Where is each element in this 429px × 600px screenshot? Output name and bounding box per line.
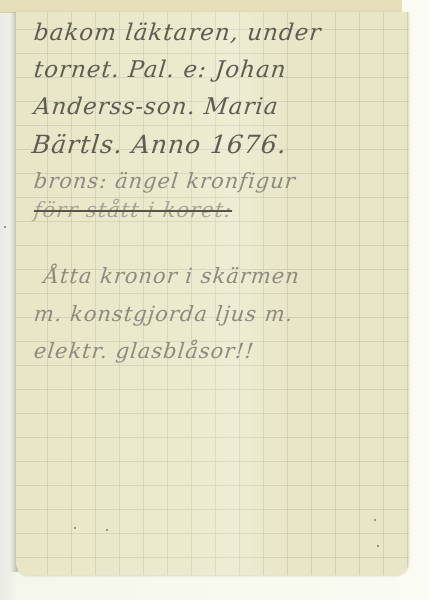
handwritten-line-2: tornet. Pal. e: Johan	[33, 57, 288, 83]
dust-speck	[106, 529, 108, 531]
handwritten-line-8: m. konstgjorda ljus m.	[33, 302, 295, 326]
struck-through-line: förr stått i koret:	[33, 198, 234, 222]
handwritten-line-7: Åtta kronor i skärmen	[43, 264, 301, 288]
dust-speck	[374, 519, 376, 521]
dust-speck	[74, 527, 76, 529]
handwritten-line-3: Anderss-son. Maria	[33, 94, 280, 120]
handwritten-line-1: bakom läktaren, under	[33, 20, 323, 46]
handwritten-line-5: brons: ängel kronfigur	[33, 169, 297, 193]
notebook-page: bakom läktaren, under tornet. Pal. e: Jo…	[16, 12, 409, 575]
dust-speck	[377, 545, 379, 547]
dust-speck	[4, 226, 6, 228]
handwritten-line-9: elektr. glasblåsor!!	[33, 339, 256, 363]
scan-background: bakom läktaren, under tornet. Pal. e: Jo…	[0, 0, 429, 600]
handwritten-line-4: Bärtls. Anno 1676.	[30, 130, 288, 159]
